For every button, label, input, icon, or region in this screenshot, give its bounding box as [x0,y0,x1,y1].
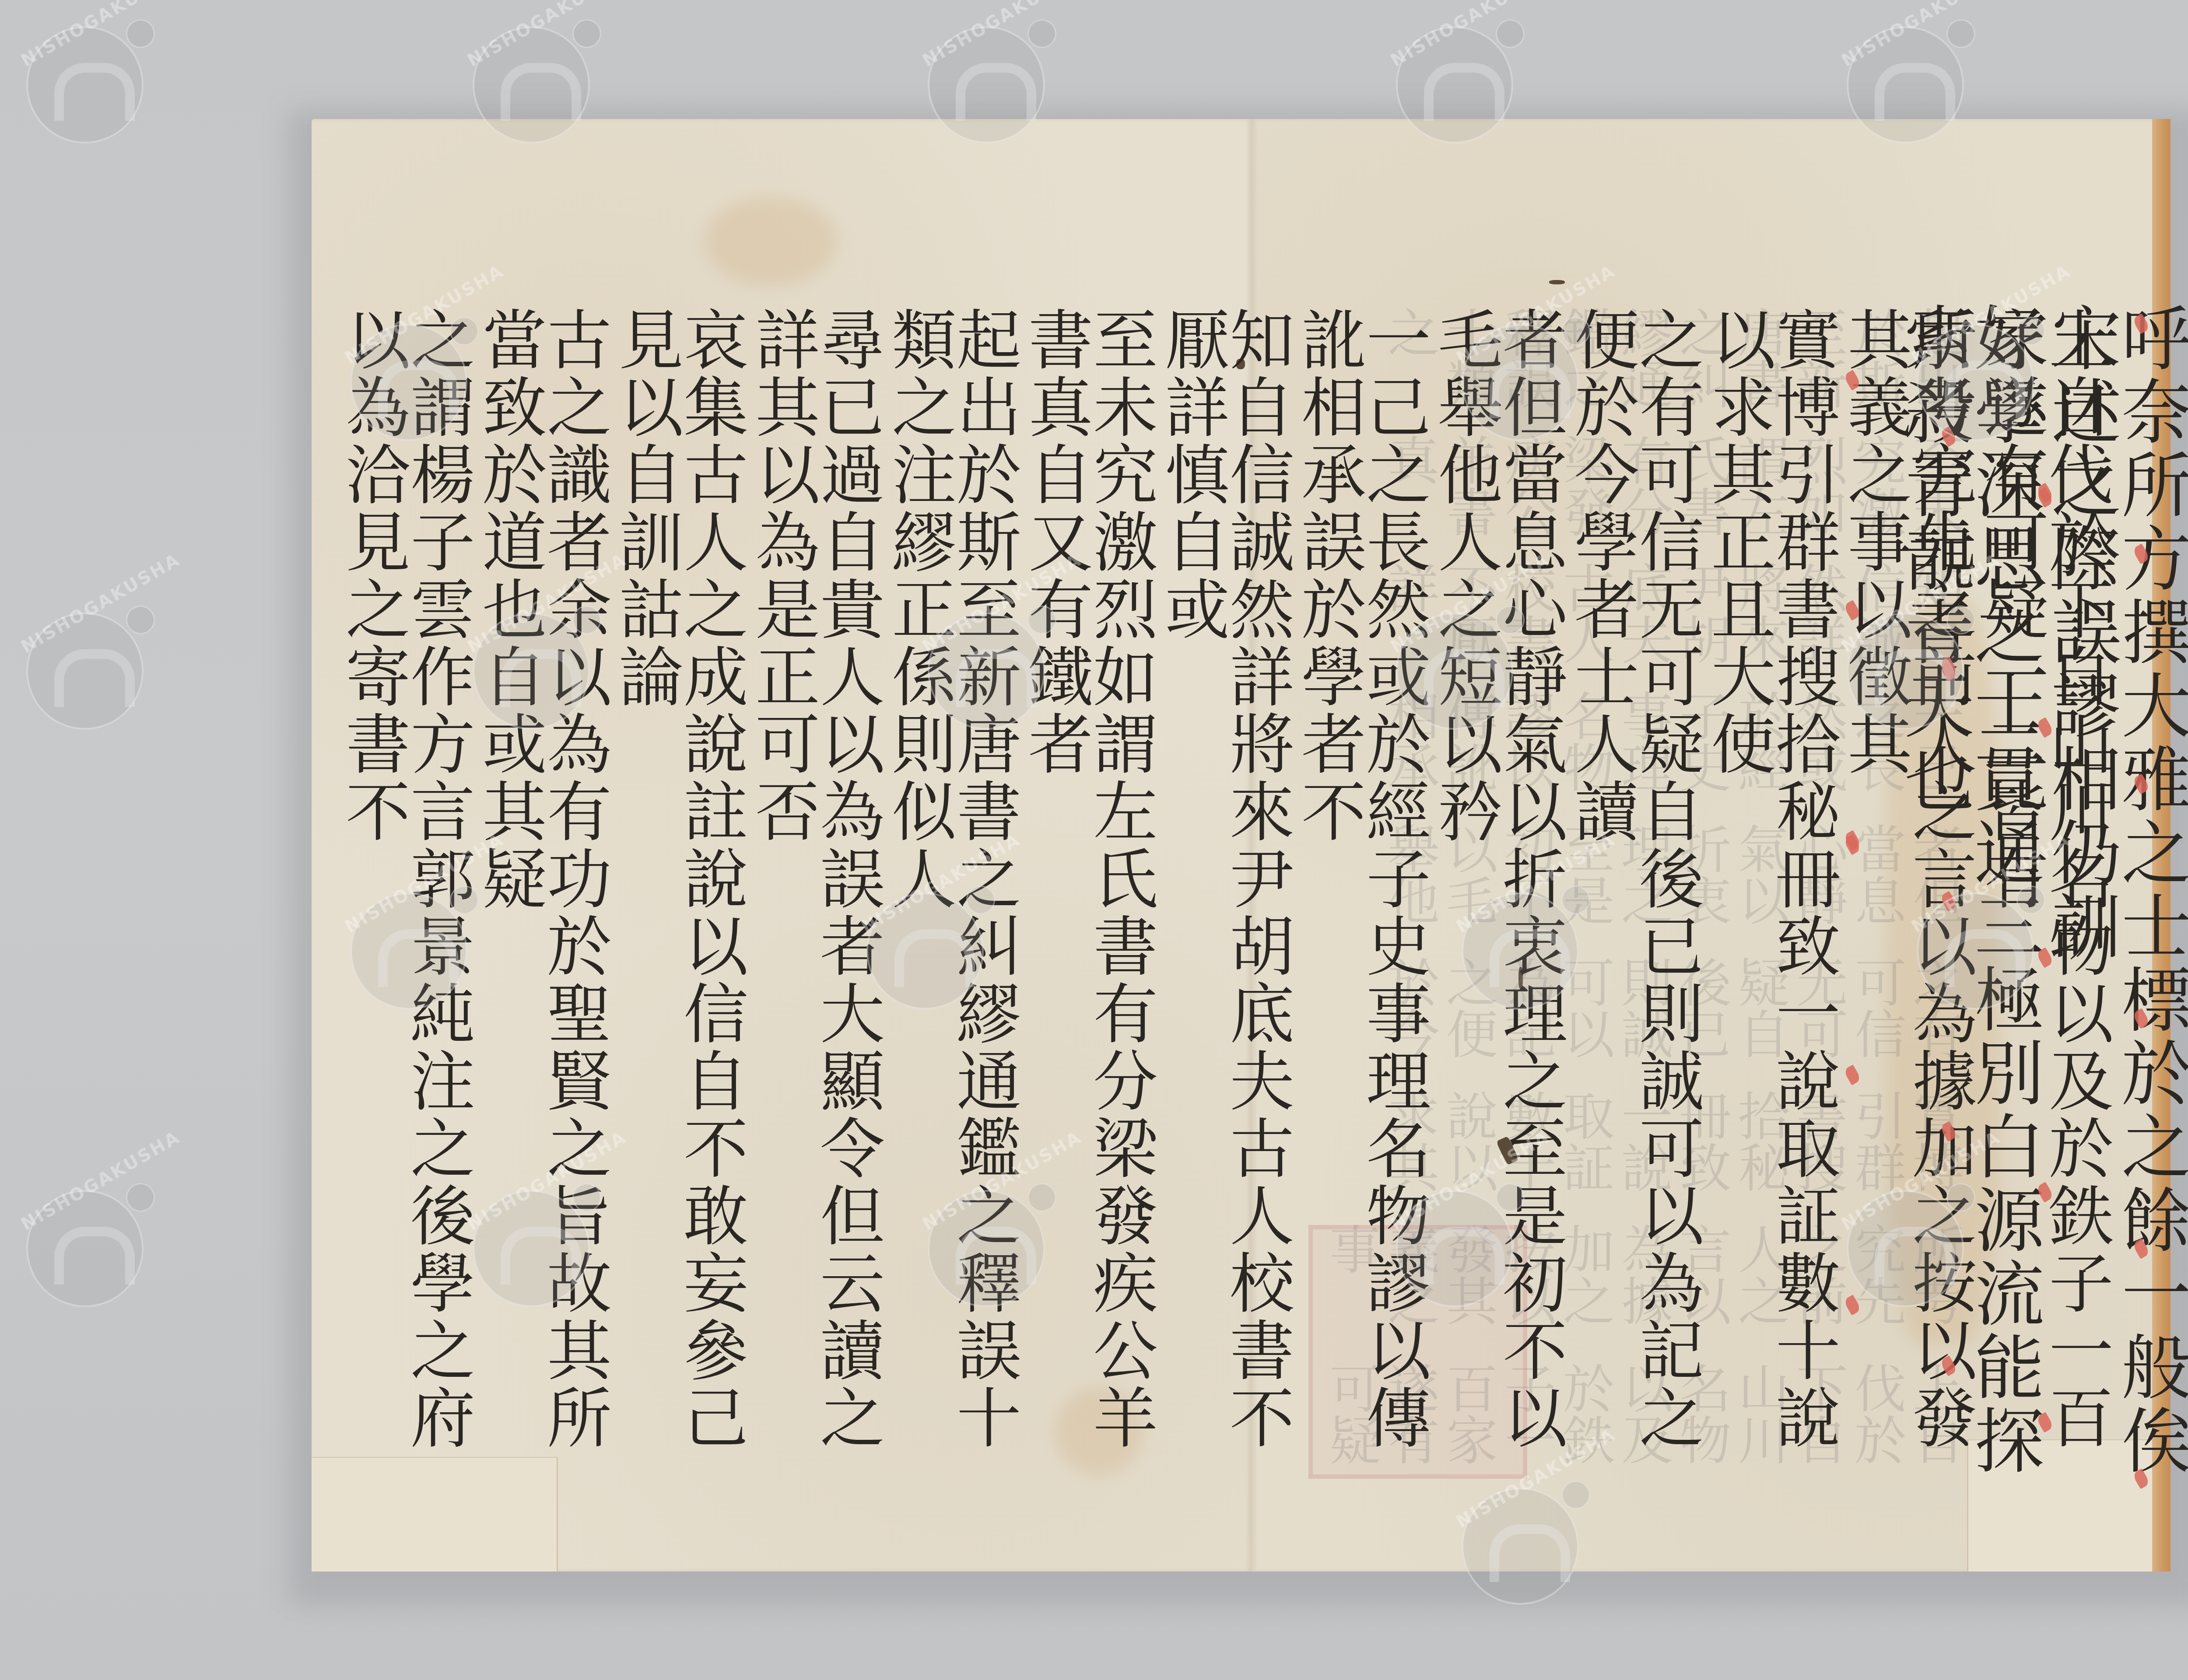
nishogakusha-watermark-icon: NISHOGAKUSHA [1917,892,2034,1010]
nishogakusha-watermark-icon: NISHOGAKUSHA [928,26,1045,143]
wormhole-mark [1549,280,1565,284]
nishogakusha-watermark-icon: NISHOGAKUSHA [866,892,984,1010]
nishogakusha-watermark-icon: NISHOGAKUSHA [350,892,467,1010]
nishogakusha-watermark-icon: NISHOGAKUSHA [1396,1190,1513,1307]
text-column: 知自信誠然詳將來尹胡底夫古人校書不厭詳慎自或 [1156,306,1293,1492]
nishogakusha-watermark-icon: NISHOGAKUSHA [473,1190,590,1307]
left-page-text: 上自伐於下自山川名物以及於鉄子一百家遂有可疑一二皆有 所考究先之前人之言以為據加… [337,306,2112,1492]
nishogakusha-watermark-icon: NISHOGAKUSHA [473,612,590,730]
nishogakusha-watermark-icon: NISHOGAKUSHA [1462,1487,1579,1605]
nishogakusha-watermark-icon: NISHOGAKUSHA [26,612,144,730]
nishogakusha-watermark-icon: NISHOGAKUSHA [1917,324,2034,441]
nishogakusha-watermark-icon: NISHOGAKUSHA [1847,26,1964,143]
nishogakusha-watermark-icon: NISHOGAKUSHA [26,26,144,143]
nishogakusha-watermark-icon: NISHOGAKUSHA [1847,1190,1964,1307]
nishogakusha-watermark-icon: NISHOGAKUSHA [1462,324,1579,441]
nishogakusha-watermark-icon: NISHOGAKUSHA [928,1190,1045,1307]
nishogakusha-watermark-icon: NISHOGAKUSHA [928,612,1045,730]
nishogakusha-watermark-icon: NISHOGAKUSHA [473,26,590,143]
text-column: 至未究激烈如謂左氏書有分梁發疾公羊書真自又有鐵者 [1020,306,1156,1492]
nishogakusha-watermark-icon: NISHOGAKUSHA [1462,892,1579,1010]
nishogakusha-watermark-icon: NISHOGAKUSHA [1396,26,1513,143]
text-column: 古之識者余以為有功於聖賢之旨故其所當致於道也自或其疑 [473,306,610,1492]
text-column: 尋已過自貴人以為誤者大顯令但云讀之詳其以為是正可否 [747,306,883,1492]
nishogakusha-watermark-icon: NISHOGAKUSHA [1396,612,1513,730]
nishogakusha-watermark-icon: NISHOGAKUSHA [1847,612,1964,730]
nishogakusha-watermark-icon: NISHOGAKUSHA [26,1190,144,1307]
text-column: 呼奈所方撰大雅之士標於之餘一般俟宋述之際誤謬相仍訓 [2042,302,2188,1492]
text-column: 實博引群書搜拾秘冊致一說取証數十說以求其正且大使 [1702,306,1839,1492]
nishogakusha-watermark-icon: NISHOGAKUSHA [350,324,467,441]
text-column: 一己之長然或於經子史事理名物謬以傳訛相承誤於學者不 [1293,306,1429,1492]
text-column: 哀集古人之成說註說以信自不敢妄參己見以自訓詁論 [610,306,747,1492]
